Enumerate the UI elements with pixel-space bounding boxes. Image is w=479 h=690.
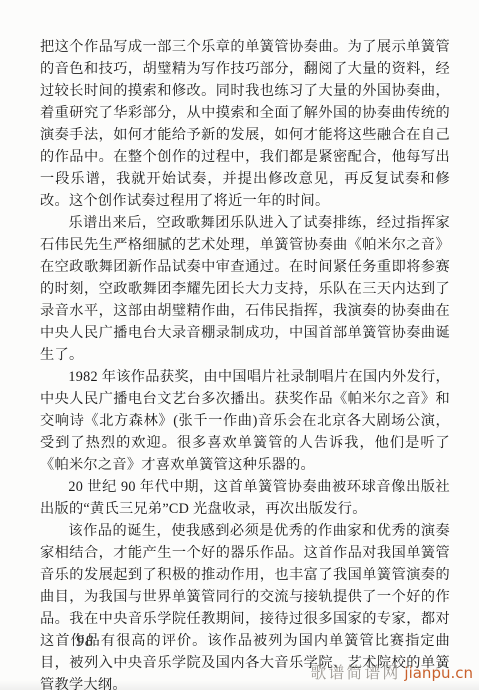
watermark-site-url: jianpu.cn (404, 664, 473, 682)
watermark-site-name: 歌谱简谱网 (310, 665, 400, 682)
paragraph: 1982 年该作品获奖，由中国唱片社录制唱片在国内外发行，中央人民广播电台文艺台… (40, 366, 450, 476)
book-page: 把这个作品写成一部三个乐章的单簧管协奏曲。为了展示单簧管的音色和技巧，胡璧精为写… (0, 0, 479, 690)
watermark: 歌谱简谱网 jianpu.cn (310, 660, 473, 683)
paragraph: 乐谱出来后，空政歌舞团乐队进入了试奏排练，经过指挥家石伟民先生严格细腻的艺术处理… (40, 212, 450, 366)
paragraph: 20 世纪 90 年代中期，这首单簧管协奏曲被环球音像出版社出版的“黄氏三兄弟”… (40, 476, 450, 520)
body-text: 把这个作品写成一部三个乐章的单簧管协奏曲。为了展示单簧管的音色和技巧，胡璧精为写… (40, 36, 450, 690)
paragraph-continuation: 把这个作品写成一部三个乐章的单簧管协奏曲。为了展示单簧管的音色和技巧，胡璧精为写… (40, 36, 450, 212)
page-number: 98 (76, 633, 94, 651)
